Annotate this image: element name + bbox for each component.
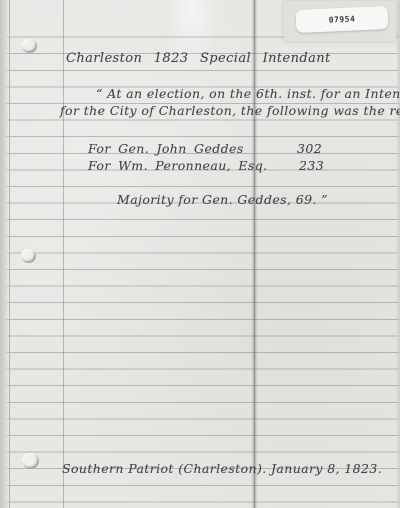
label-sticker: 07954	[296, 6, 389, 33]
page-left-edge	[0, 0, 10, 508]
scanned-notebook-page: 07954 Charleston 1823 Special Intendant …	[0, 0, 400, 508]
quote-text-line-1: “ At an election, on the 6th. inst. for …	[96, 86, 400, 101]
result-votes-geddes: 302	[297, 141, 322, 156]
center-fold-crease	[251, 0, 258, 508]
heading-text: Charleston 1823 Special Intendant	[66, 51, 331, 66]
punch-hole-bottom	[22, 453, 39, 469]
result-candidate-peronneau: For Wm. Peronneau, Esq.	[88, 158, 268, 173]
punch-hole-top	[22, 39, 37, 53]
page-right-edge	[396, 0, 400, 508]
result-candidate-geddes: For Gen. John Geddes	[88, 141, 244, 156]
source-citation-text: Southern Patriot (Charleston). January 8…	[62, 461, 382, 476]
majority-text: Majority for Gen. Geddes, 69. ”	[117, 192, 328, 207]
result-votes-peronneau: 233	[299, 158, 324, 173]
quote-text-line-2: for the City of Charleston, the followin…	[60, 103, 400, 118]
margin-rule-line	[63, 0, 64, 508]
label-number: 07954	[329, 14, 356, 24]
punch-hole-middle	[21, 249, 36, 263]
